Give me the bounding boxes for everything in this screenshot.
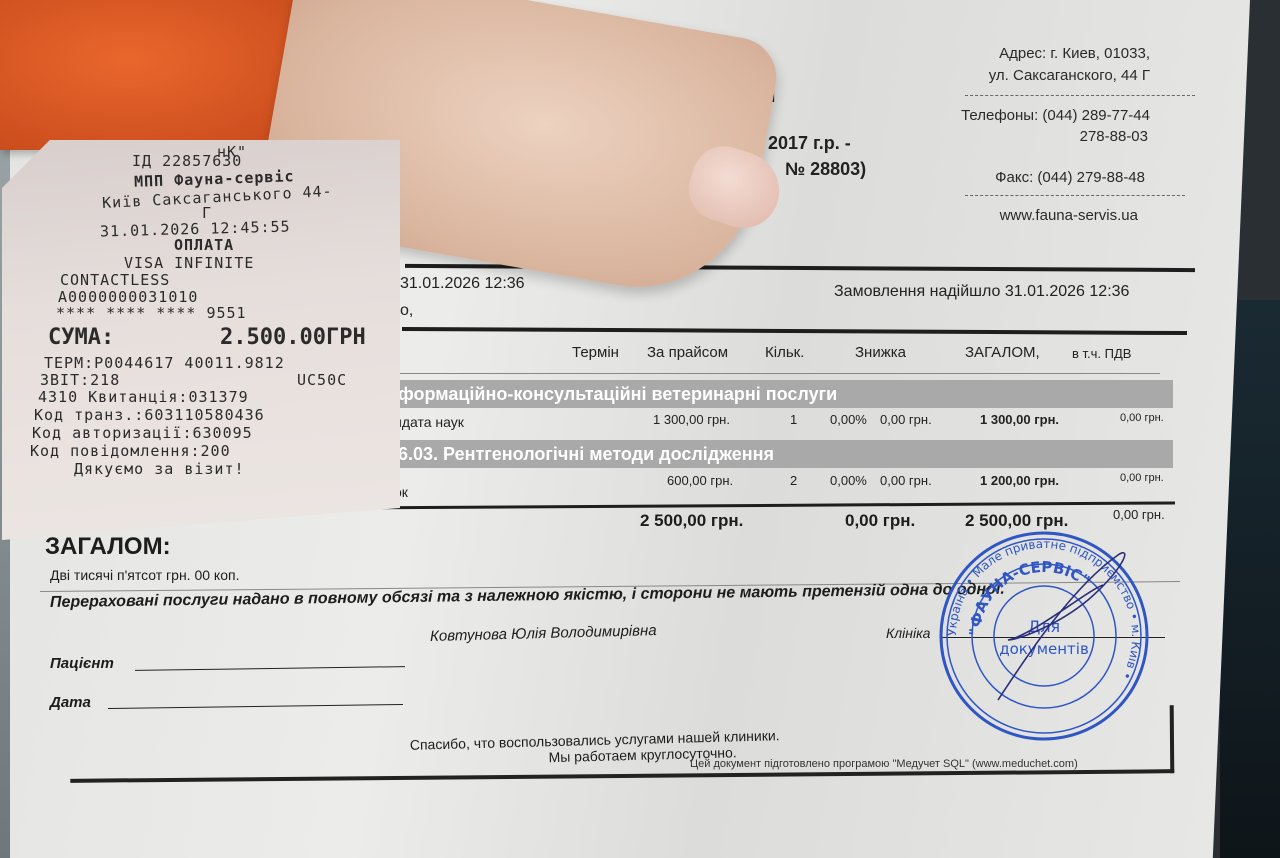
stamp-center-2: документів [999,640,1089,658]
service-total: 1 200,00 грн. [980,473,1059,488]
service-discount: 0,00 грн. [880,473,932,488]
col-term: Термін [572,344,619,361]
receipt-msg-code: Код повідомлення:200 [30,442,231,460]
order-received: Замовлення надійшло 31.01.2026 12:36 [834,283,1129,301]
pos-receipt: rnel нК" ІД 22857630 МПП Фауна-сервіс Ки… [2,140,400,540]
col-vat: в т.ч. ПДВ [1072,346,1131,361]
divider [965,95,1195,96]
receipt-card-type: VISA INFINITE [124,254,254,272]
col-total: ЗАГАЛОМ, [965,344,1040,361]
receipt-report: ЗВІТ:218 [40,371,120,389]
service-discount-pct: 0,00% [830,473,867,488]
section-header: формаційно-консультаційні ветеринарні по… [390,380,1173,408]
patient-signature-line [135,666,405,671]
rule [390,373,1160,374]
receipt-sum-label: СУМА: [48,325,114,350]
receipt-thanks: Дякуємо за візит! [74,460,245,478]
receipt-operation: ОПЛАТА [174,236,234,254]
section-header: 6.03. Рентгенологічні методи дослідження [390,440,1173,468]
divider [965,195,1185,196]
service-qty: 1 [790,412,797,427]
grand-total: 2 500,00 грн. [965,511,1068,531]
patient-label: Пацієнт [50,655,114,672]
receipt-id: ІД 22857630 [132,152,242,170]
grand-vat: 0,00 грн. [1113,507,1165,522]
record-number: № 28803) [785,159,866,180]
service-discount-pct: 0,00% [830,412,867,427]
receipt-number: 4310 Квитанція:031379 [38,388,249,406]
receipt-card-number: **** **** **** 9551 [56,304,247,322]
receipt-auth-code: Код авторизації:630095 [32,424,253,442]
visit-date: 31.01.2026 12:36 [400,275,525,293]
service-total: 1 300,00 грн. [980,412,1059,427]
service-discount: 0,00 грн. [880,412,932,427]
grand-price: 2 500,00 грн. [640,511,743,531]
rule [402,327,1187,335]
receipt-terminal: ТЕРМ:P0044617 40011.9812 [44,354,285,372]
address-line-2: ул. Саксаганского, 44 Г [989,67,1150,84]
address-line-1: Адрес: г. Киев, 01033, [999,45,1150,62]
receipt-report-code: UC50C [297,371,347,389]
patient-name: Ковтунова Юлія Володимирівна [430,622,657,645]
address-fragment: о, [400,302,413,320]
company-stamp: Україна • Мале приватне підприємство • м… [938,530,1150,742]
receipt-mode: CONTACTLESS [60,271,170,289]
service-name: идата наук [394,414,464,430]
grand-discount: 0,00 грн. [845,511,915,531]
service-qty: 2 [790,473,797,488]
fax: Факс: (044) 279-88-48 [995,169,1145,186]
website: www.fauna-servis.ua [1000,207,1138,224]
col-qty: Кільк. [765,344,804,361]
service-vat: 0,00 грн. [1120,472,1164,484]
disclaimer: Перераховані послуги надано в повному об… [50,581,1005,612]
receipt-trans-code: Код транз.:603110580436 [34,406,265,424]
service-vat: 0,00 грн. [1120,412,1164,424]
clinic-label: Клініка [886,625,930,641]
software-credits: Цей документ підготовлено програмою "Мед… [690,758,1078,770]
total-label: ЗАГАЛОМ: [45,533,171,561]
phones-line-2: 278-88-03 [1080,128,1148,145]
col-discount: Знижка [855,344,906,361]
service-price: 1 300,00 грн. [653,412,730,427]
date-label: Дата [50,694,91,711]
service-price: 600,00 грн. [667,473,733,488]
pet-birth-year: 2017 г.р. - [768,133,851,154]
phones: Телефоны: (044) 289-77-44 [961,107,1150,124]
col-price: За прайсом [647,344,728,361]
receipt-sum-value: 2.500.00ГРН [220,325,366,350]
date-signature-line [108,704,403,709]
total-in-words: Дві тисячі п'ятсот грн. 00 коп. [50,567,239,583]
